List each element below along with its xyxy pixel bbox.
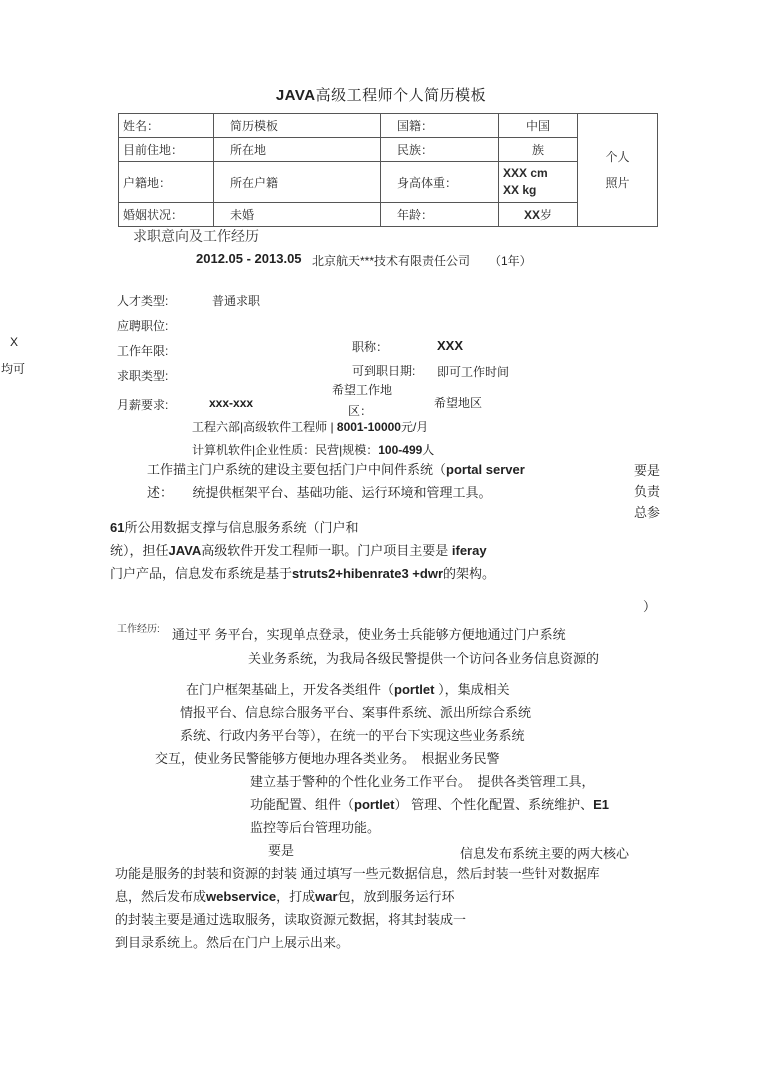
work-history-line2: 关业务系统，为我局各级民警提供一个访问各业务信息资源的 — [248, 648, 599, 667]
publish-line2: 息，然后发布成webservice，打成war包，放到服务运行环 — [115, 886, 455, 905]
publish-line3: 的封装主要是通过选取服务，读取资源元数据，将其封装成一 — [115, 909, 466, 928]
table-row: 户籍地： 所在户籍 身高体重： XXX cm XX kg — [119, 162, 658, 203]
company-meta-line: 计算机软件|企业性质：民营|规模：100-499人 — [192, 441, 434, 458]
work-history-line4: 情报平台、信息综合服务平台、案事件系统、派出所综合系统 — [180, 702, 531, 721]
height-value: XXX cm — [503, 165, 577, 182]
desc-line2-r0: 统），担任 — [110, 543, 169, 558]
experience-company: 北京航天***技术有限责任公司 — [312, 252, 470, 269]
war-text: war — [315, 889, 337, 904]
side-line-2: 负责 — [634, 481, 660, 502]
salary-label: 月薪要求: — [117, 396, 168, 413]
wh-line8-r0: 功能配置、组件（ — [250, 797, 354, 812]
photo-placeholder: 个人 照片 — [578, 114, 658, 227]
desc-paragraph-line1-text: 所公用数据支撑与信息服务系统（门户和 — [124, 520, 358, 535]
age-label: 年龄： — [381, 203, 499, 227]
available-date-value: 即可工作时间 — [437, 363, 509, 380]
margin-note-x: X — [10, 335, 18, 349]
work-history-label: 工作经历: — [117, 620, 160, 635]
address-label: 目前住地： — [119, 138, 214, 162]
work-desc-line1: 工作描主门户系统的建设主要包括门户中间件系统（portal server — [147, 459, 525, 478]
company-meta-pre: 计算机软件|企业性质：民营|规模： — [192, 443, 378, 457]
document-title: JAVA高级工程师个人简历模板 — [0, 84, 762, 105]
region-value: 希望地区 — [434, 394, 482, 411]
work-desc-line2: 述： 统提供框架平台、基础功能、运行环境和管理工具。 — [147, 482, 492, 501]
overflow-side-column: 要是 负责 总参 — [634, 460, 660, 523]
job-title-value: XXX — [437, 338, 463, 353]
age-value: XX岁 — [499, 203, 578, 227]
weight-value: XX kg — [503, 182, 577, 199]
nationality-value: 中国 — [499, 114, 578, 138]
publish-line1: 功能是服务的封装和资源的封装 通过填写一些元数据信息，然后封装一些针对数据库 — [115, 863, 600, 882]
publish-line2-r2: ，打成 — [276, 889, 315, 904]
desc-paragraph-line1: 61所公用数据支撑与信息服务系统（门户和 — [110, 517, 358, 536]
position-meta-line: 工程六部|高级软件工程师 | 8001-10000元/月 — [192, 418, 428, 435]
nationality-label: 国籍： — [381, 114, 499, 138]
ethnicity-value: 族 — [499, 138, 578, 162]
e1-text: E1 — [593, 797, 609, 812]
resume-document-page: JAVA高级工程师个人简历模板 姓名： 简历模板 国籍： 中国 个人 照片 目前… — [0, 0, 762, 1080]
marital-value: 未婚 — [214, 203, 381, 227]
registry-label: 户籍地： — [119, 162, 214, 203]
wh-line8-r2: ） 管理、个性化配置、系统维护、 — [394, 797, 593, 812]
work-history-line9: 监控等后台管理功能。 — [250, 817, 380, 836]
name-value: 简历模板 — [214, 114, 381, 138]
desc-line3-r2: 的架构。 — [443, 566, 495, 581]
publish-lead: 要是 — [268, 840, 294, 859]
region-label-line1: 希望工作地 — [332, 381, 392, 398]
work-years-label: 工作年限: — [117, 342, 168, 359]
work-history-line7: 建立基于警种的个性化业务工作平台。 提供各类管理工具， — [250, 771, 595, 790]
portal-server-text: portal server — [446, 462, 525, 477]
work-desc-line1-text: 工作描主门户系统的建设主要包括门户中间件系统（ — [147, 462, 446, 477]
document-title-en: JAVA — [276, 87, 316, 104]
position-salary-range: 8001-10000 — [337, 420, 401, 434]
position-meta-post: 元/月 — [401, 420, 428, 434]
personal-info-table: 姓名： 简历模板 国籍： 中国 个人 照片 目前住地： 所在地 民族： 族 户籍… — [118, 113, 658, 227]
address-value: 所在地 — [214, 138, 381, 162]
height-weight-label: 身高体重： — [381, 162, 499, 203]
desc-paragraph-line2: 统），担任JAVA高级软件开发工程师一职。门户项目主要是 iferay — [110, 540, 487, 559]
desc-line2-r2: 高级软件开发工程师一职。门户项目主要是 — [201, 543, 452, 558]
company-size: 100-499 — [378, 443, 422, 457]
work-history-line3: 在门户框架基础上，开发各类组件（portlet ），集成相关 — [186, 679, 510, 698]
publish-intro: 信息发布系统主要的两大核心 — [460, 843, 629, 862]
registry-value: 所在户籍 — [214, 162, 381, 203]
name-label: 姓名： — [119, 114, 214, 138]
side-line-3: 总参 — [634, 502, 660, 523]
iferay-text: iferay — [452, 543, 487, 558]
work-history-line8: 功能配置、组件（portlet） 管理、个性化配置、系统维护、E1 — [250, 794, 609, 813]
desc-line3-r0: 门户产品，信息发布系统是基于 — [110, 566, 292, 581]
side-line-1: 要是 — [634, 460, 660, 481]
stray-paren: ） — [643, 596, 656, 615]
region-label-line2: 区： — [348, 402, 372, 419]
desc-paragraph-line3: 门户产品，信息发布系统是基于struts2+hibenrate3 +dwr的架构… — [110, 563, 495, 582]
section-heading: 求职意向及工作经历 — [133, 226, 259, 246]
portlet-text: portlet — [394, 682, 434, 697]
photo-placeholder-line2: 照片 — [578, 170, 657, 196]
webservice-text: webservice — [206, 889, 276, 904]
java-text: JAVA — [169, 543, 202, 558]
table-row: 婚姻状况： 未婚 年龄： XX岁 — [119, 203, 658, 227]
document-title-cn: 高级工程师个人简历模板 — [316, 87, 487, 104]
work-history-line6: 交互，使业务民警能够方便地办理各类业务。 根据业务民警 — [155, 748, 500, 767]
wh-line3-r2: ），集成相关 — [434, 682, 509, 697]
tech-stack-text: struts2+hibenrate3 +dwr — [292, 566, 443, 581]
publish-line4: 到目录系统上。然后在门户上展示出来。 — [115, 932, 349, 951]
work-history-line5: 系统、行政内务平台等），在统一的平台下实现这些业务系统 — [180, 725, 525, 744]
apply-position-label: 应聘职位: — [117, 317, 168, 334]
marital-label: 婚姻状况： — [119, 203, 214, 227]
experience-date-range: 2012.05 - 2013.05 — [196, 251, 302, 266]
portlet-text-2: portlet — [354, 797, 394, 812]
wh-line3-r0: 在门户框架基础上，开发各类组件（ — [186, 682, 394, 697]
company-meta-post: 人 — [422, 443, 434, 457]
publish-line2-r4: 包，放到服务运行环 — [338, 889, 455, 904]
age-number: XX — [524, 208, 540, 222]
institute-number: 61 — [110, 520, 124, 535]
photo-placeholder-line1: 个人 — [578, 144, 657, 170]
salary-value: xxx-xxx — [209, 396, 253, 410]
table-row: 姓名： 简历模板 国籍： 中国 个人 照片 — [119, 114, 658, 138]
margin-note-junke: 均可 — [1, 360, 25, 377]
talent-type-label: 人才类型: — [117, 292, 168, 309]
height-weight-value: XXX cm XX kg — [499, 162, 578, 203]
experience-duration: （1年） — [489, 252, 532, 269]
publish-line2-r0: 息，然后发布成 — [115, 889, 206, 904]
talent-type-value: 普通求职 — [212, 292, 260, 309]
work-history-line1: 通过平 务平台，实现单点登录，使业务士兵能够方便地通过门户系统 — [172, 624, 566, 643]
position-meta-pre: 工程六部|高级软件工程师 | — [192, 420, 337, 434]
age-unit: 岁 — [540, 208, 552, 222]
job-seek-type-label: 求职类型: — [117, 367, 168, 384]
job-title-label: 职称： — [352, 338, 388, 355]
available-date-label: 可到职日期: — [352, 362, 415, 379]
table-row: 目前住地： 所在地 民族： 族 — [119, 138, 658, 162]
ethnicity-label: 民族： — [381, 138, 499, 162]
